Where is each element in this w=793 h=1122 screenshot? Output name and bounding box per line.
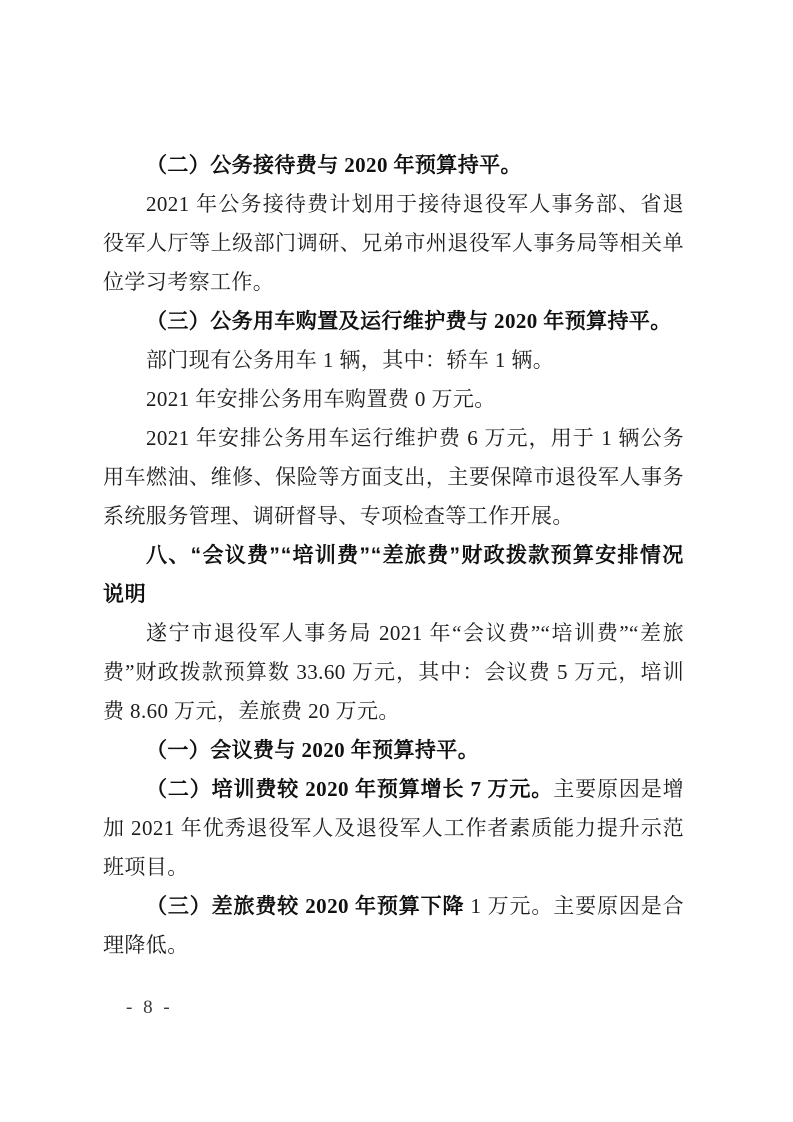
paragraph-budget-totals: 遂宁市退役军人事务局 2021 年“会议费”“培训费”“差旅费”财政拨款预算数 … bbox=[103, 614, 684, 731]
page-number: - 8 - bbox=[126, 998, 173, 1017]
training-fee-bold-lead: （二）培训费较 2020 年预算增长 7 万元。 bbox=[146, 777, 553, 801]
section-heading-meeting-fee: （一）会议费与 2020 年预算持平。 bbox=[103, 731, 684, 770]
paragraph-vehicle-maintenance: 2021 年安排公务用车运行维护费 6 万元，用于 1 辆公务用车燃油、维修、保… bbox=[103, 419, 684, 536]
paragraph-travel-fee: （三）差旅费较 2020 年预算下降 1 万元。主要原因是合理降低。 bbox=[103, 887, 684, 965]
paragraph-vehicle-purchase: 2021 年安排公务用车购置费 0 万元。 bbox=[103, 380, 684, 419]
paragraph-official-reception-detail: 2021 年公务接待费计划用于接待退役军人事务部、省退役军人厅等上级部门调研、兄… bbox=[103, 185, 684, 302]
document-content: （二）公务接待费与 2020 年预算持平。 2021 年公务接待费计划用于接待退… bbox=[103, 146, 684, 965]
section-heading-official-reception: （二）公务接待费与 2020 年预算持平。 bbox=[103, 146, 684, 185]
document-page: （二）公务接待费与 2020 年预算持平。 2021 年公务接待费计划用于接待退… bbox=[0, 0, 793, 1122]
travel-fee-bold-lead: （三）差旅费较 2020 年预算下降 bbox=[146, 894, 464, 918]
paragraph-training-fee: （二）培训费较 2020 年预算增长 7 万元。主要原因是增加 2021 年优秀… bbox=[103, 770, 684, 887]
paragraph-vehicle-count: 部门现有公务用车 1 辆，其中：轿车 1 辆。 bbox=[103, 341, 684, 380]
chapter-heading-meeting-training-travel: 八、“会议费”“培训费”“差旅费”财政拨款预算安排情况说明 bbox=[103, 536, 684, 614]
section-heading-vehicle-budget: （三）公务用车购置及运行维护费与 2020 年预算持平。 bbox=[103, 302, 684, 341]
